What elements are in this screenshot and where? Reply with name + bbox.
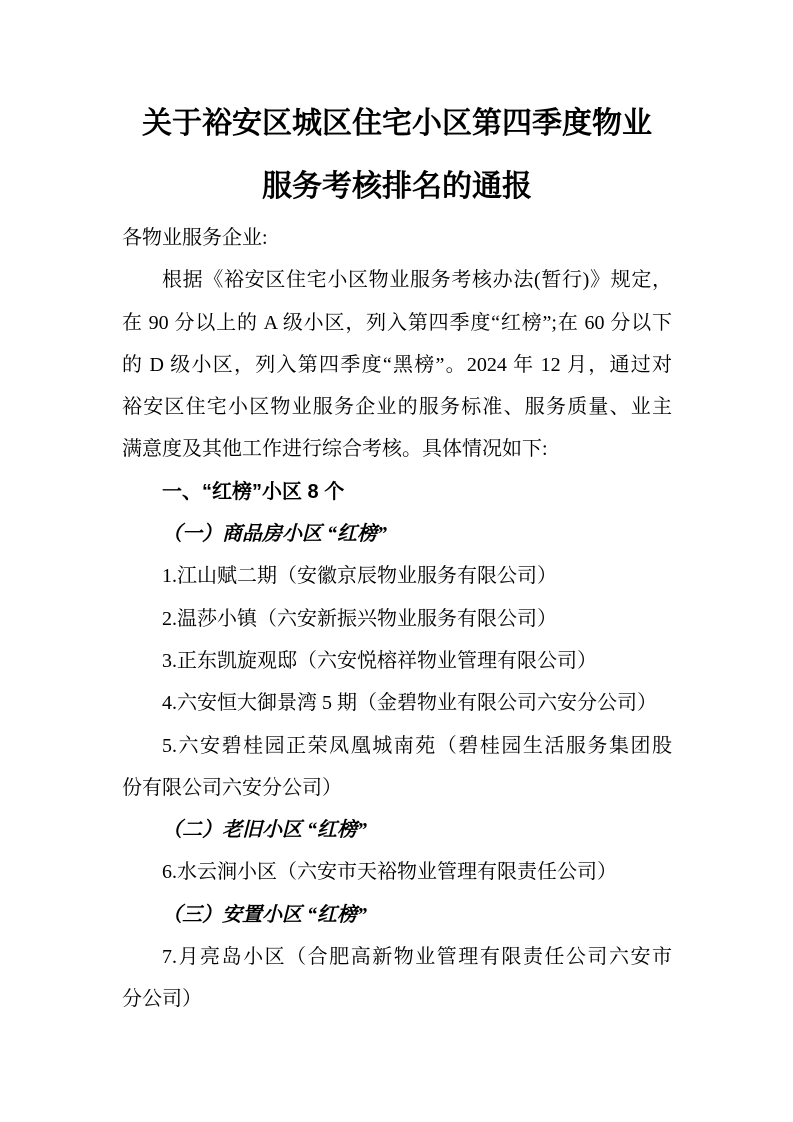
text-line: 各物业服务企业: xyxy=(122,217,672,259)
text-line: 根据《裕安区住宅小区物业服务考核办法(暂行)》规定， xyxy=(122,259,672,301)
text-line: 4.六安恒大御景湾 5 期（金碧物业有限公司六安分公司） xyxy=(122,682,672,724)
text-line: （二）老旧小区 “红榜” xyxy=(122,809,672,851)
text-line: （一）商品房小区 “红榜” xyxy=(122,513,672,555)
text-line: 在 90 分以上的 A 级小区，列入第四季度“红榜”;在 60 分以下 xyxy=(122,302,672,344)
text-line: 2.温莎小镇（六安新振兴物业服务有限公司） xyxy=(122,598,672,640)
text-line: 1.江山赋二期（安徽京辰物业服务有限公司） xyxy=(122,555,672,597)
text-line: 6.水云涧小区（六安市天裕物业管理有限责任公司） xyxy=(122,851,672,893)
document-page: 关于裕安区城区住宅小区第四季度物业 服务考核排名的通报 各物业服务企业:根据《裕… xyxy=(0,0,793,1122)
text-line: 满意度及其他工作进行综合考核。具体情况如下: xyxy=(122,428,672,470)
text-line: 一、“红榜”小区 8 个 xyxy=(122,471,672,513)
text-line: 3.正东凯旋观邸（六安悦榕祥物业管理有限公司） xyxy=(122,640,672,682)
text-line: 的 D 级小区，列入第四季度“黑榜”。2024 年 12 月，通过对 xyxy=(122,344,672,386)
document-body: 各物业服务企业:根据《裕安区住宅小区物业服务考核办法(暂行)》规定，在 90 分… xyxy=(122,217,672,1021)
title-line-2: 服务考核排名的通报 xyxy=(122,155,672,218)
text-line: 7.月亮岛小区（合肥高新物业管理有限责任公司六安市 xyxy=(122,936,672,978)
document-title: 关于裕安区城区住宅小区第四季度物业 服务考核排名的通报 xyxy=(122,92,672,218)
text-line: 裕安区住宅小区物业服务企业的服务标准、服务质量、业主 xyxy=(122,386,672,428)
text-line: 分公司） xyxy=(122,978,672,1020)
text-line: 份有限公司六安分公司） xyxy=(122,767,672,809)
text-line: （三）安置小区 “红榜” xyxy=(122,894,672,936)
title-line-1: 关于裕安区城区住宅小区第四季度物业 xyxy=(122,92,672,155)
text-line: 5.六安碧桂园正荣凤凰城南苑（碧桂园生活服务集团股 xyxy=(122,725,672,767)
